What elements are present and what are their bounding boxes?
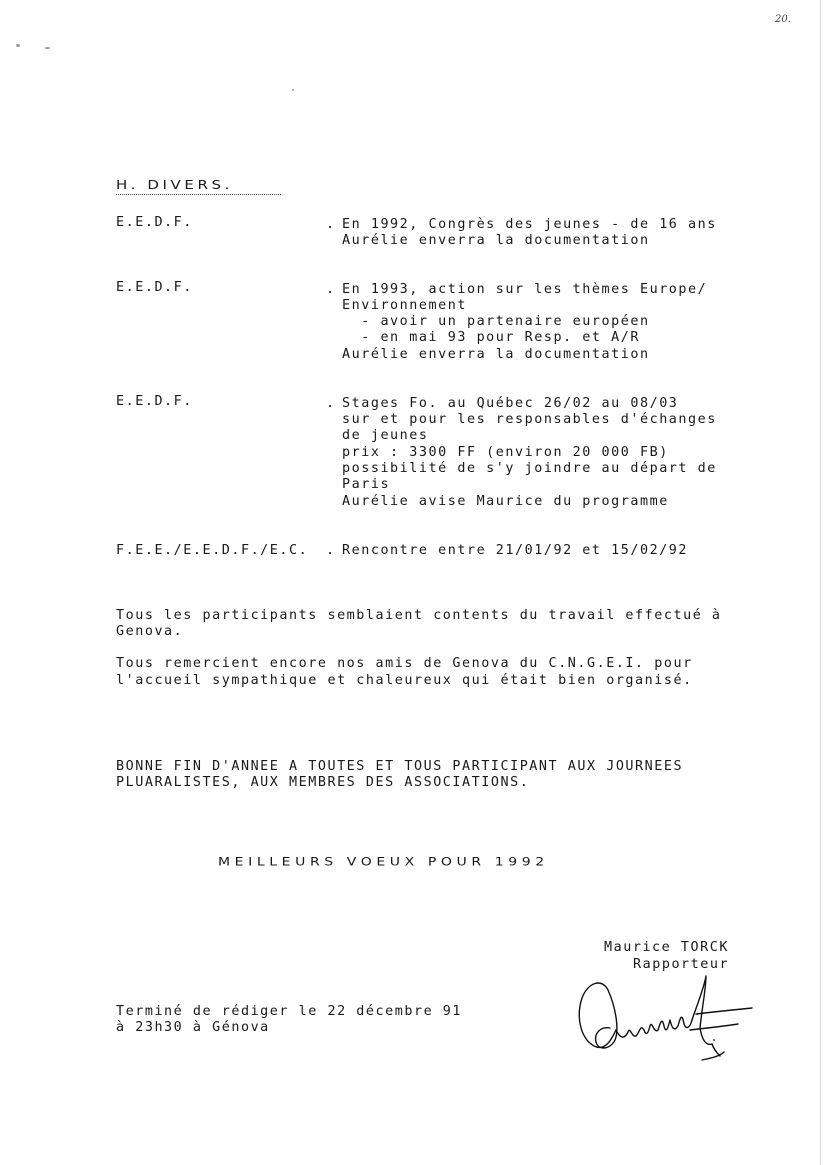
signatory-name: Maurice TORCK xyxy=(604,940,729,956)
entry-line: En 1992, Congrès des jeunes - de 16 ans xyxy=(342,217,717,233)
heading-underline xyxy=(116,194,281,195)
paragraph-line: Tous les participants semblaient content… xyxy=(116,608,722,624)
entry-line: Paris xyxy=(342,477,390,493)
paragraph-line: Genova. xyxy=(116,624,183,640)
completion-note-line: Terminé de rédiger le 22 décembre 91 xyxy=(116,1004,462,1020)
handwritten-signature-icon xyxy=(572,968,772,1063)
entry-line: prix : 3300 FF (environ 20 000 FB) xyxy=(342,445,669,461)
entry-organization: E.E.D.F. xyxy=(116,394,193,410)
paragraph-line: l'accueil sympathique et chaleureux qui … xyxy=(116,673,693,689)
entry-bullet: . xyxy=(326,396,336,412)
completion-note-line: à 23h30 à Génova xyxy=(116,1020,270,1036)
section-heading: H. DIVERS. xyxy=(116,178,233,192)
entry-organization: E.E.D.F. xyxy=(116,280,193,296)
entry-line: Environnement xyxy=(342,298,467,314)
paragraph-line: PLUARALISTES, AUX MEMBRES DES ASSOCIATIO… xyxy=(116,775,529,791)
entry-bullet: . xyxy=(326,543,336,559)
paragraph-line: BONNE FIN D'ANNEE A TOUTES ET TOUS PARTI… xyxy=(116,759,683,775)
entry-organization: E.E.D.F. xyxy=(116,215,193,231)
entry-line: possibilité de s'y joindre au départ de xyxy=(342,461,717,477)
entry-bullet: . xyxy=(326,282,336,298)
entry-organization: F.E.E./E.E.D.F./E.C. xyxy=(116,543,308,559)
entry-line: Rencontre entre 21/01/92 et 15/02/92 xyxy=(342,543,688,559)
entry-line: Aurélie avise Maurice du programme xyxy=(342,494,669,510)
scan-speck xyxy=(292,89,294,91)
entry-line: Aurélie enverra la documentation xyxy=(342,347,650,363)
scan-speck xyxy=(16,44,20,47)
entry-line: - avoir un partenaire européen xyxy=(342,314,650,330)
entry-line: - en mai 93 pour Resp. et A/R xyxy=(342,330,640,346)
closing-wishes: MEILLEURS VOEUX POUR 1992 xyxy=(218,856,549,869)
entry-line: Aurélie enverra la documentation xyxy=(342,233,650,249)
page-edge xyxy=(820,0,821,1165)
scan-speck xyxy=(45,47,50,49)
handwritten-page-number: 20. xyxy=(775,12,791,28)
entry-line: Stages Fo. au Québec 26/02 au 08/03 xyxy=(342,396,678,412)
paragraph-line: Tous remercient encore nos amis de Genov… xyxy=(116,656,693,672)
entry-bullet: . xyxy=(326,217,336,233)
entry-line: En 1993, action sur les thèmes Europe/ xyxy=(342,282,707,298)
entry-line: sur et pour les responsables d'échanges xyxy=(342,412,717,428)
entry-line: de jeunes xyxy=(342,428,429,444)
